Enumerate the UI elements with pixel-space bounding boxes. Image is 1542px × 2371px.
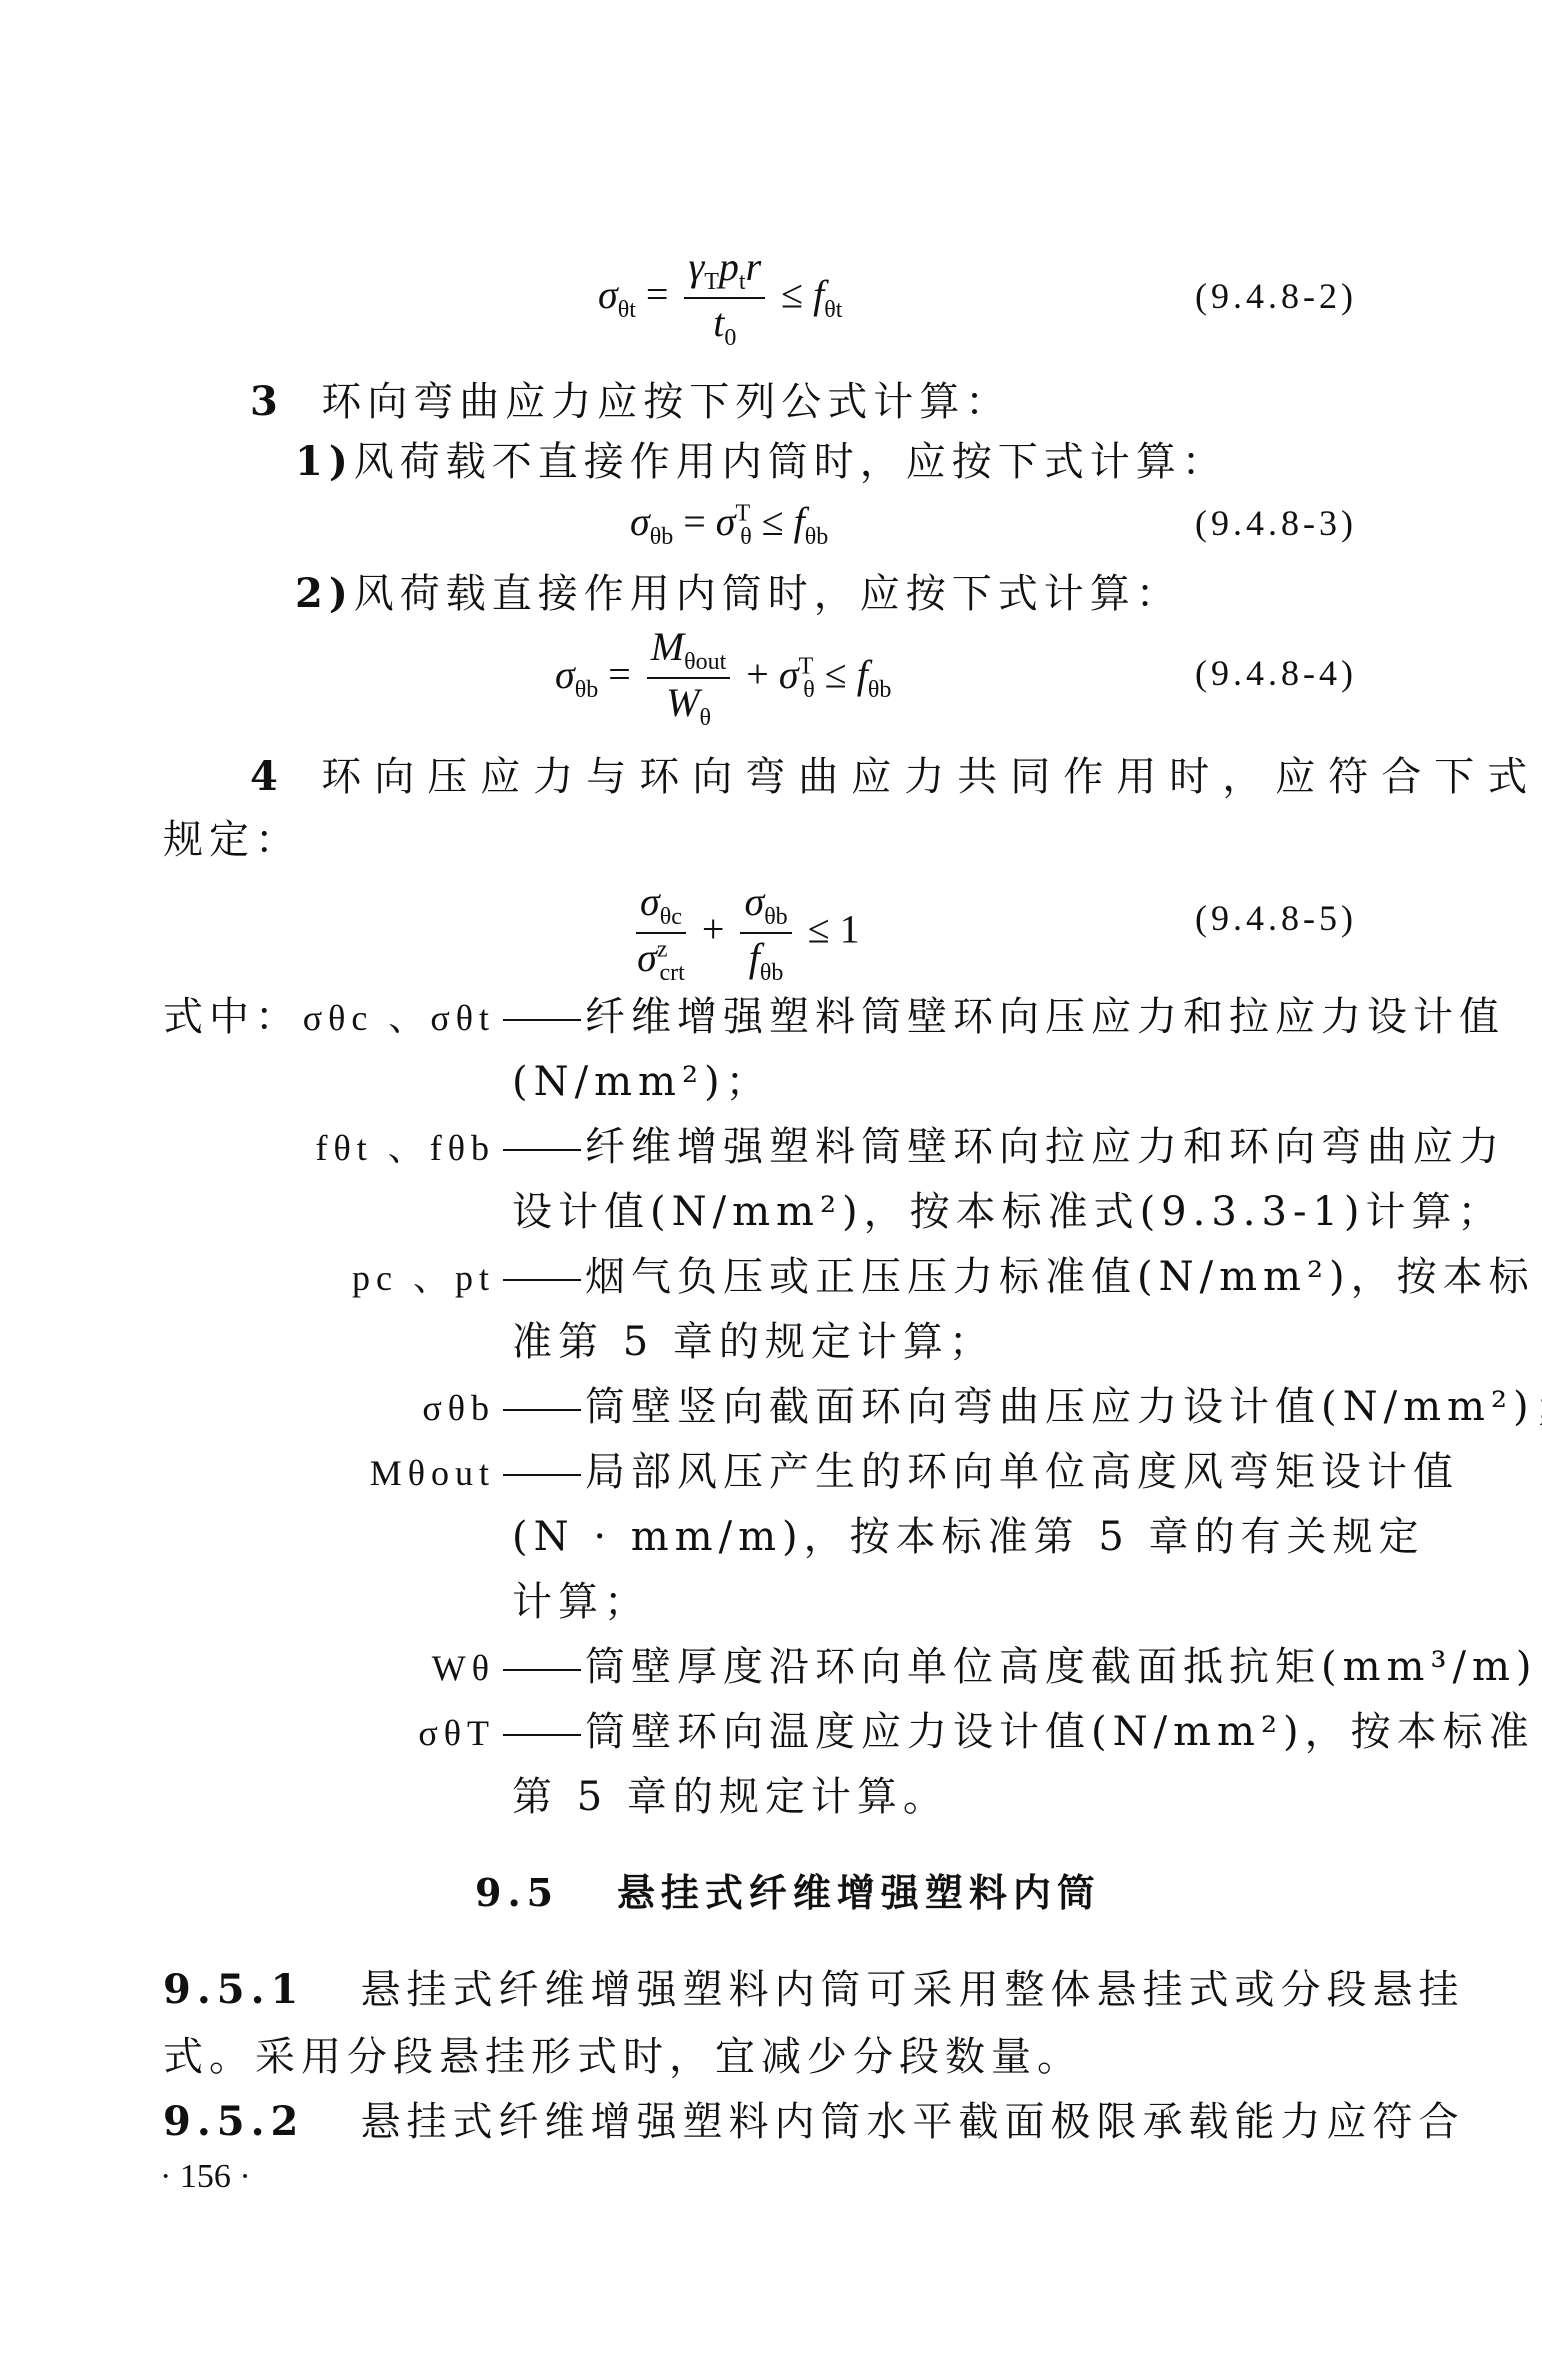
definition-p-c-t: pc 、pt烟气负压或正压压力标准值(N/mm²)，按本标 (150, 1245, 1535, 1302)
clause-text: 悬挂式纤维增强塑料内筒可采用整体悬挂式或分段悬挂 (361, 1967, 1465, 2013)
item-3: 3 环向弯曲应力应按下列公式计算： (250, 370, 1011, 427)
definition-text: 筒壁厚度沿环向单位高度截面抵抗矩(mm³/m)； (585, 1644, 1542, 1690)
definition-continuation: 准第 5 章的规定计算； (512, 1310, 995, 1367)
equation-number: (9.4.8-2) (1195, 275, 1357, 317)
definition-f-t-b: fθt 、fθb纤维增强塑料筒壁环向拉应力和环向弯曲应力 (150, 1115, 1505, 1172)
item-number: 4 (250, 753, 284, 800)
subitem-number: 1) (295, 438, 354, 485)
definition-symbol: σθc 、σθt (150, 990, 495, 1041)
definition-continuation: 第 5 章的规定计算。 (512, 1765, 949, 1822)
subitem-text: 风荷载不直接作用内筒时，应按下式计算： (354, 439, 1228, 485)
item-number: 3 (250, 378, 284, 425)
clause-continuation: 式。采用分段悬挂形式时，宜减少分段数量。 (163, 2025, 1083, 2082)
definition-w: Wθ筒壁厚度沿环向单位高度截面抵抗矩(mm³/m)； (150, 1635, 1542, 1692)
item-4-continuation: 规定： (163, 808, 301, 865)
definition-sigma-b: σθb筒壁竖向截面环向弯曲压应力设计值(N/mm²)； (150, 1375, 1542, 1432)
definition-symbol: σθb (150, 1387, 495, 1429)
equation-9-4-8-2: σθt = γTptr t0 ≤ fθt (598, 245, 842, 352)
item-text: 环向压应力与环向弯曲应力共同作用时，应符合下式 (321, 754, 1540, 800)
subitem-1: 1)风荷载不直接作用内筒时，应按下式计算： (295, 430, 1228, 487)
item-4: 4 环向压应力与环向弯曲应力共同作用时，应符合下式 (250, 745, 1540, 802)
subitem-2: 2)风荷载直接作用内筒时，应按下式计算： (295, 562, 1182, 619)
definition-sigma-c-t: σθc 、σθt纤维增强塑料筒壁环向压应力和拉应力设计值 (150, 985, 1505, 1042)
clause-9-5-1: 9.5.1 悬挂式纤维增强塑料内筒可采用整体悬挂式或分段悬挂 (163, 1958, 1465, 2015)
equation-9-4-8-5: σθc σzcrt + σθb fθb ≤ 1 (630, 880, 860, 987)
definition-sigma-temp: σθT筒壁环向温度应力设计值(N/mm²)，按本标准 (150, 1700, 1535, 1757)
equation-number: (9.4.8-3) (1195, 502, 1357, 544)
subitem-text: 风荷载直接作用内筒时，应按下式计算： (354, 571, 1182, 617)
definition-continuation: (N/mm²)； (512, 1050, 772, 1107)
equation-9-4-8-3: σθb = σTθ ≤ fθb (630, 498, 828, 551)
definition-text: 筒壁竖向截面环向弯曲压应力设计值(N/mm²)； (585, 1384, 1542, 1430)
definition-continuation: (N · mm/m)，按本标准第 5 章的有关规定 (512, 1505, 1425, 1562)
clause-text: 悬挂式纤维增强塑料内筒水平截面极限承载能力应符合 (361, 2099, 1465, 2145)
em-dash (503, 1019, 581, 1021)
section-number: 9.5 (475, 1870, 559, 1915)
eq-relation: ≤ (781, 272, 803, 317)
definition-symbol: Wθ (150, 1647, 495, 1689)
definition-text: 筒壁环向温度应力设计值(N/mm²)，按本标准 (585, 1709, 1535, 1755)
definition-symbol: fθt 、fθb (150, 1120, 495, 1171)
definition-text: 烟气负压或正压压力标准值(N/mm²)，按本标 (585, 1254, 1535, 1300)
subitem-number: 2) (295, 570, 354, 617)
definition-symbol: Mθout (150, 1452, 495, 1494)
definition-text: 纤维增强塑料筒壁环向压应力和拉应力设计值 (585, 994, 1505, 1040)
equation-number: (9.4.8-4) (1195, 652, 1357, 694)
definition-symbol: σθT (150, 1712, 495, 1754)
page-number: · 156 · (160, 2158, 251, 2196)
eq-fraction: γTptr t0 (684, 245, 765, 352)
eq-rhs: fθt (813, 272, 842, 317)
item-text: 环向弯曲应力应按下列公式计算： (321, 379, 1011, 425)
definition-text: 局部风压产生的环向单位高度风弯矩设计值 (585, 1449, 1459, 1495)
eq-equals: = (646, 272, 679, 317)
clause-number: 9.5.1 (163, 1966, 304, 2013)
definition-continuation: 计算； (512, 1570, 650, 1627)
equation-9-4-8-4: σθb = Mθout Wθ + σTθ ≤ fθb (555, 625, 891, 732)
definition-text: 纤维增强塑料筒壁环向拉应力和环向弯曲应力 (585, 1124, 1505, 1170)
definition-continuation: 设计值(N/mm²)，按本标准式(9.3.3-1)计算； (512, 1180, 1504, 1237)
definition-symbol: pc 、pt (150, 1250, 495, 1301)
definition-m-out: Mθout局部风压产生的环向单位高度风弯矩设计值 (150, 1440, 1459, 1497)
section-heading: 9.5 悬挂式纤维增强塑料内筒 (475, 1862, 1101, 1917)
clause-number: 9.5.2 (163, 2098, 304, 2145)
equation-number: (9.4.8-5) (1195, 897, 1357, 939)
section-title: 悬挂式纤维增强塑料内筒 (617, 1870, 1101, 1915)
clause-9-5-2: 9.5.2 悬挂式纤维增强塑料内筒水平截面极限承载能力应符合 (163, 2090, 1465, 2147)
eq-lhs: σθt (598, 272, 636, 317)
